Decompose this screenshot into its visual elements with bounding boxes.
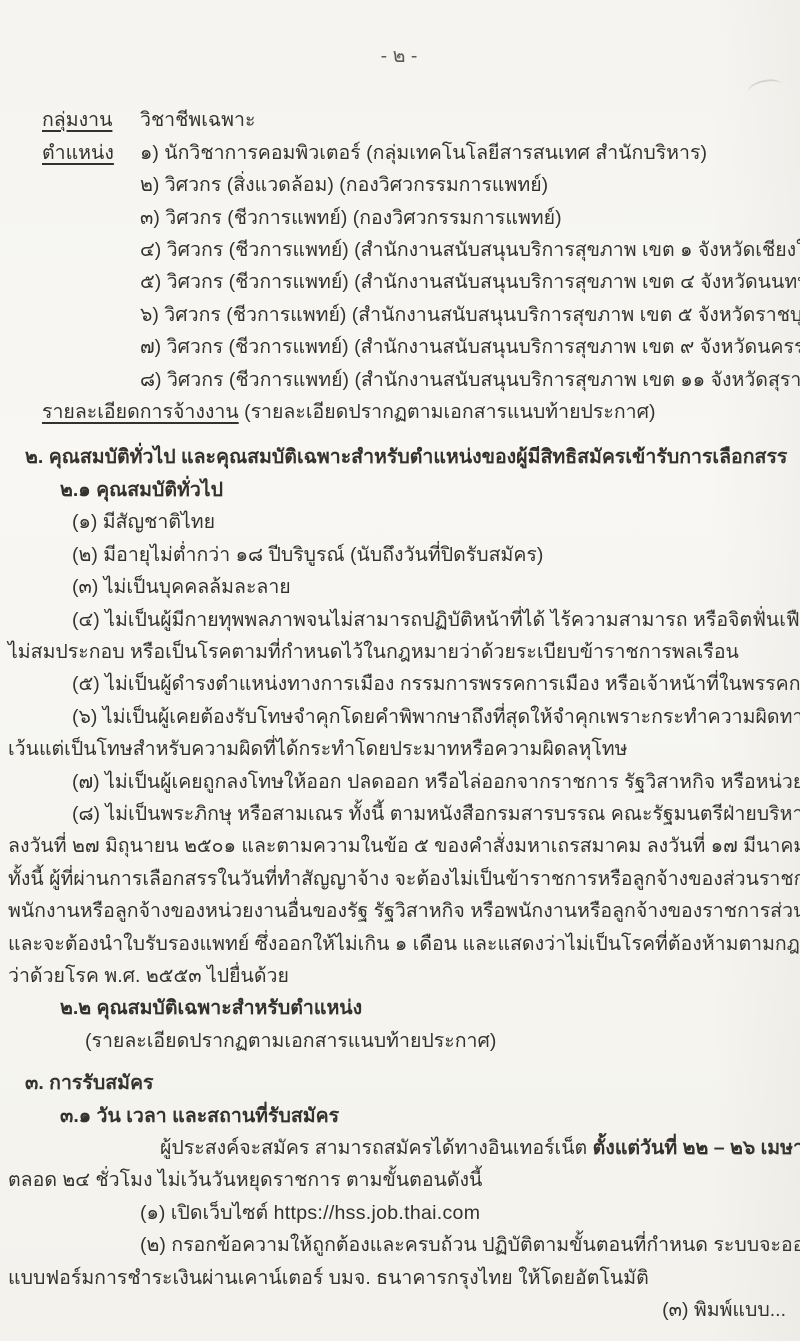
text-segment: ผู้ประสงค์จะสมัคร สามารถสมัครได้ทางอินเท…: [160, 1137, 593, 1159]
text-segment: ตั้งแต่วันที่ ๒๒ – ๒๖ เมษายน ๒๕๖๒: [593, 1137, 800, 1159]
text-segment: พนักงานหรือลูกจ้างของหน่วยงานอื่นของรัฐ …: [8, 900, 800, 922]
text-continuation: ไม่สมประกอบ หรือเป็นโรคตามที่กำหนดไว้ในก…: [8, 636, 790, 668]
text-segment: ๓. การรับสมัคร: [25, 1072, 154, 1094]
text-segment: ๒.๒ คุณสมบัติเฉพาะสำหรับตำแหน่ง: [60, 997, 362, 1019]
qualification-item: (๑) มีสัญชาติไทย: [8, 506, 790, 538]
text-segment: (๒) กรอกข้อความให้ถูกต้องและครบถ้วน ปฏิบ…: [140, 1234, 800, 1256]
text-segment: ๘) วิศวกร (ชีวการแพทย์) (สำนักงานสนับสนุ…: [140, 369, 800, 391]
text-segment: ว่าด้วยโรค พ.ศ. ๒๕๕๓ ไปยื่นด้วย: [8, 965, 289, 987]
text-segment: (๓) พิมพ์แบบ...: [662, 1299, 786, 1321]
qualification-item: (๒) มีอายุไม่ต่ำกว่า ๑๘ ปีบริบูรณ์ (นับถ…: [8, 539, 790, 571]
text-segment: รายละเอียดการจ้างงาน: [42, 401, 239, 423]
text-segment: ๑) นักวิชาการคอมพิวเตอร์ (กลุ่มเทคโนโลยี…: [140, 142, 707, 164]
text-segment: (๔) ไม่เป็นผู้มีกายทุพพลภาพจนไม่สามารถปฏ…: [72, 609, 800, 631]
text-segment: ๒) วิศวกร (สิ่งแวดล้อม) (กองวิศวกรรมการแ…: [140, 174, 548, 196]
text-segment: (๕) ไม่เป็นผู้ดำรงตำแหน่งทางการเมือง กรร…: [72, 673, 800, 695]
text-continuation: ตลอด ๒๔ ชั่วโมง ไม่เว้นวันหยุดราชการ ตาม…: [8, 1164, 790, 1196]
text-segment: ๒. คุณสมบัติทั่วไป และคุณสมบัติเฉพาะสำหร…: [25, 446, 787, 468]
position-item: ๕) วิศวกร (ชีวการแพทย์) (สำนักงานสนับสนุ…: [8, 266, 790, 298]
text-segment: ๔) วิศวกร (ชีวการแพทย์) (สำนักงานสนับสนุ…: [140, 239, 800, 261]
text-segment: ๒.๑ คุณสมบัติทั่วไป: [60, 479, 223, 501]
row-label: กลุ่มงาน: [42, 104, 140, 136]
position-item: ๓) วิศวกร (ชีวการแพทย์) (กองวิศวกรรมการแ…: [8, 202, 790, 234]
labeled-row: กลุ่มงานวิชาชีพเฉพาะ: [8, 104, 790, 136]
text-continuation: และจะต้องนำใบรับรองแพทย์ ซึ่งออกให้ไม่เก…: [8, 928, 790, 960]
application-step: (๑) เปิดเว็บไซต์ https://hss.job.thai.co…: [8, 1197, 790, 1229]
text-segment: (๖) ไม่เป็นผู้เคยต้องรับโทษจำคุกโดยคำพิพ…: [72, 706, 800, 728]
position-item: ๒) วิศวกร (สิ่งแวดล้อม) (กองวิศวกรรมการแ…: [8, 169, 790, 201]
section-heading: ๓. การรับสมัคร: [8, 1067, 790, 1099]
text-segment: (๑) มีสัญชาติไทย: [72, 511, 215, 533]
text-segment: ตลอด ๒๔ ชั่วโมง ไม่เว้นวันหยุดราชการ ตาม…: [8, 1169, 482, 1191]
qualification-item: (๗) ไม่เป็นผู้เคยถูกลงโทษให้ออก ปลดออก ห…: [8, 766, 790, 798]
text-continuation: ทั้งนี้ ผู้ที่ผ่านการเลือกสรรในวันที่ทำส…: [8, 863, 790, 895]
text-segment: ๖) วิศวกร (ชีวการแพทย์) (สำนักงานสนับสนุ…: [140, 304, 800, 326]
text-segment: ลงวันที่ ๒๗ มิถุนายน ๒๕๐๑ และตามความในข้…: [8, 835, 800, 857]
text-segment: - ๒ -: [381, 45, 418, 67]
row-label: ตำแหน่ง: [42, 137, 140, 169]
website-url: https://hss.job.thai.com: [274, 1202, 481, 1224]
text-continuation: แบบฟอร์มการชำระเงินผ่านเคาน์เตอร์ บมจ. ธ…: [8, 1262, 790, 1294]
qualification-item: (๔) ไม่เป็นผู้มีกายทุพพลภาพจนไม่สามารถปฏ…: [8, 604, 790, 636]
text-segment: (๑) เปิดเว็บไซต์: [140, 1202, 274, 1224]
scanned-document-page: - ๒ -กลุ่มงานวิชาชีพเฉพาะตำแหน่ง๑) นักวิ…: [0, 0, 800, 1341]
qualification-item: (๘) ไม่เป็นพระภิกษุ หรือสามเณร ทั้งนี้ ต…: [8, 798, 790, 830]
page-continuation-note: (๓) พิมพ์แบบ...: [8, 1294, 790, 1326]
text-segment: (รายละเอียดปรากฏตามเอกสารแนบท้ายประกาศ): [239, 401, 656, 423]
subsection-heading: ๒.๒ คุณสมบัติเฉพาะสำหรับตำแหน่ง: [8, 992, 790, 1024]
labeled-row: ตำแหน่ง๑) นักวิชาการคอมพิวเตอร์ (กลุ่มเท…: [8, 137, 790, 169]
subsection-heading: ๓.๑ วัน เวลา และสถานที่รับสมัคร: [8, 1100, 790, 1132]
text-segment: ๗) วิศวกร (ชีวการแพทย์) (สำนักงานสนับสนุ…: [140, 336, 800, 358]
qualification-item: (๖) ไม่เป็นผู้เคยต้องรับโทษจำคุกโดยคำพิพ…: [8, 701, 790, 733]
text-segment: (๘) ไม่เป็นพระภิกษุ หรือสามเณร ทั้งนี้ ต…: [72, 803, 800, 825]
text-segment: วิชาชีพเฉพาะ: [140, 109, 255, 131]
text-continuation: พนักงานหรือลูกจ้างของหน่วยงานอื่นของรัฐ …: [8, 895, 790, 927]
text-continuation: ลงวันที่ ๒๗ มิถุนายน ๒๕๐๑ และตามความในข้…: [8, 830, 790, 862]
position-item: ๗) วิศวกร (ชีวการแพทย์) (สำนักงานสนับสนุ…: [8, 331, 790, 363]
position-item: ๔) วิศวกร (ชีวการแพทย์) (สำนักงานสนับสนุ…: [8, 234, 790, 266]
application-paragraph: ผู้ประสงค์จะสมัคร สามารถสมัครได้ทางอินเท…: [8, 1132, 790, 1164]
subsection-heading: ๒.๑ คุณสมบัติทั่วไป: [8, 474, 790, 506]
text-segment: และจะต้องนำใบรับรองแพทย์ ซึ่งออกให้ไม่เก…: [8, 933, 800, 955]
application-step: (๒) กรอกข้อความให้ถูกต้องและครบถ้วน ปฏิบ…: [8, 1229, 790, 1261]
text-segment: ๓.๑ วัน เวลา และสถานที่รับสมัคร: [60, 1105, 339, 1127]
text-segment: (๗) ไม่เป็นผู้เคยถูกลงโทษให้ออก ปลดออก ห…: [72, 771, 800, 793]
text-continuation: เว้นแต่เป็นโทษสำหรับความผิดที่ได้กระทำโด…: [8, 733, 790, 765]
page-number: - ๒ -: [8, 40, 790, 72]
text-segment: เว้นแต่เป็นโทษสำหรับความผิดที่ได้กระทำโด…: [8, 738, 628, 760]
document-body: - ๒ -กลุ่มงานวิชาชีพเฉพาะตำแหน่ง๑) นักวิ…: [0, 0, 800, 1341]
qualification-item: (๕) ไม่เป็นผู้ดำรงตำแหน่งทางการเมือง กรร…: [8, 668, 790, 700]
text-segment: แบบฟอร์มการชำระเงินผ่านเคาน์เตอร์ บมจ. ธ…: [8, 1267, 649, 1289]
text-segment: (รายละเอียดปรากฏตามเอกสารแนบท้ายประกาศ): [85, 1030, 496, 1052]
position-item: ๖) วิศวกร (ชีวการแพทย์) (สำนักงานสนับสนุ…: [8, 299, 790, 331]
attachment-note: (รายละเอียดปรากฏตามเอกสารแนบท้ายประกาศ): [8, 1025, 790, 1057]
text-segment: ทั้งนี้ ผู้ที่ผ่านการเลือกสรรในวันที่ทำส…: [8, 868, 800, 890]
text-segment: ๓) วิศวกร (ชีวการแพทย์) (กองวิศวกรรมการแ…: [140, 207, 562, 229]
position-item: ๘) วิศวกร (ชีวการแพทย์) (สำนักงานสนับสนุ…: [8, 364, 790, 396]
text-continuation: ว่าด้วยโรค พ.ศ. ๒๕๕๓ ไปยื่นด้วย: [8, 960, 790, 992]
qualification-item: (๓) ไม่เป็นบุคคลล้มละลาย: [8, 571, 790, 603]
section-heading: ๒. คุณสมบัติทั่วไป และคุณสมบัติเฉพาะสำหร…: [8, 441, 790, 473]
text-segment: (๓) ไม่เป็นบุคคลล้มละลาย: [72, 576, 291, 598]
text-segment: ไม่สมประกอบ หรือเป็นโรคตามที่กำหนดไว้ในก…: [8, 641, 739, 663]
text-segment: (๒) มีอายุไม่ต่ำกว่า ๑๘ ปีบริบูรณ์ (นับถ…: [72, 544, 543, 566]
employment-details-note: รายละเอียดการจ้างงาน (รายละเอียดปรากฏตาม…: [8, 396, 790, 428]
text-segment: ๕) วิศวกร (ชีวการแพทย์) (สำนักงานสนับสนุ…: [140, 271, 800, 293]
